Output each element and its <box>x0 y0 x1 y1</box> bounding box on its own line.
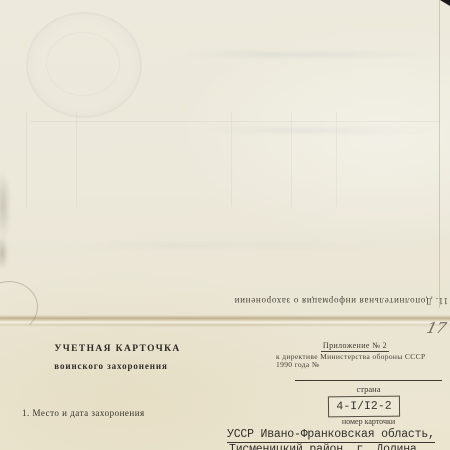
table-grid-bleed-line <box>26 112 27 207</box>
country-divider-line <box>295 380 442 381</box>
scanned-burial-card-document: 11. Дополнительная информация о захороне… <box>0 0 450 450</box>
pencil-page-number: 17 <box>425 319 449 337</box>
card-number-box: 4-І/І2-2 <box>328 396 400 418</box>
card-number-label: номер карточки <box>295 417 442 426</box>
edge-smudge <box>0 236 8 270</box>
table-grid-bleed-line <box>336 112 337 207</box>
ink-bleed-streak <box>180 52 440 57</box>
table-grid-bleed-line <box>76 112 77 207</box>
table-grid-bleed-line <box>30 121 440 122</box>
ink-bleed-streak <box>60 243 390 248</box>
card-subtitle: воинского захоронения <box>0 361 222 371</box>
appendix-heading-text: Приложение № 2 <box>321 341 389 352</box>
card-title: УЧЕТНАЯ КАРТОЧКА <box>0 344 235 354</box>
appendix-year-line: 1990 года № <box>276 360 319 369</box>
ink-bleed-streak <box>200 128 440 133</box>
rotated-back-page-note: 11. Дополнительная информация о захороне… <box>234 296 448 306</box>
scanner-corner-notch <box>440 0 450 6</box>
fold-crease <box>0 315 450 323</box>
stamp-bleed-through-inner-circle <box>46 32 120 96</box>
appendix-heading: Приложение № 2 <box>290 341 420 350</box>
table-grid-bleed-line <box>291 112 292 207</box>
paper-edge-shadow <box>439 0 440 308</box>
section-1-label: 1. Место и дата захоронения <box>22 408 145 418</box>
address-line-1-text: УССР Ивано-Франковская область, <box>227 428 435 443</box>
address-line-2-clipped: Тисменицкий район, г. Долина <box>229 443 417 450</box>
country-label: страна <box>295 384 442 394</box>
address-line-1: УССР Ивано-Франковская область, <box>227 428 435 441</box>
table-grid-bleed-line <box>231 112 232 207</box>
fold-crease-shadow <box>0 324 450 326</box>
edge-smudge <box>0 170 10 240</box>
